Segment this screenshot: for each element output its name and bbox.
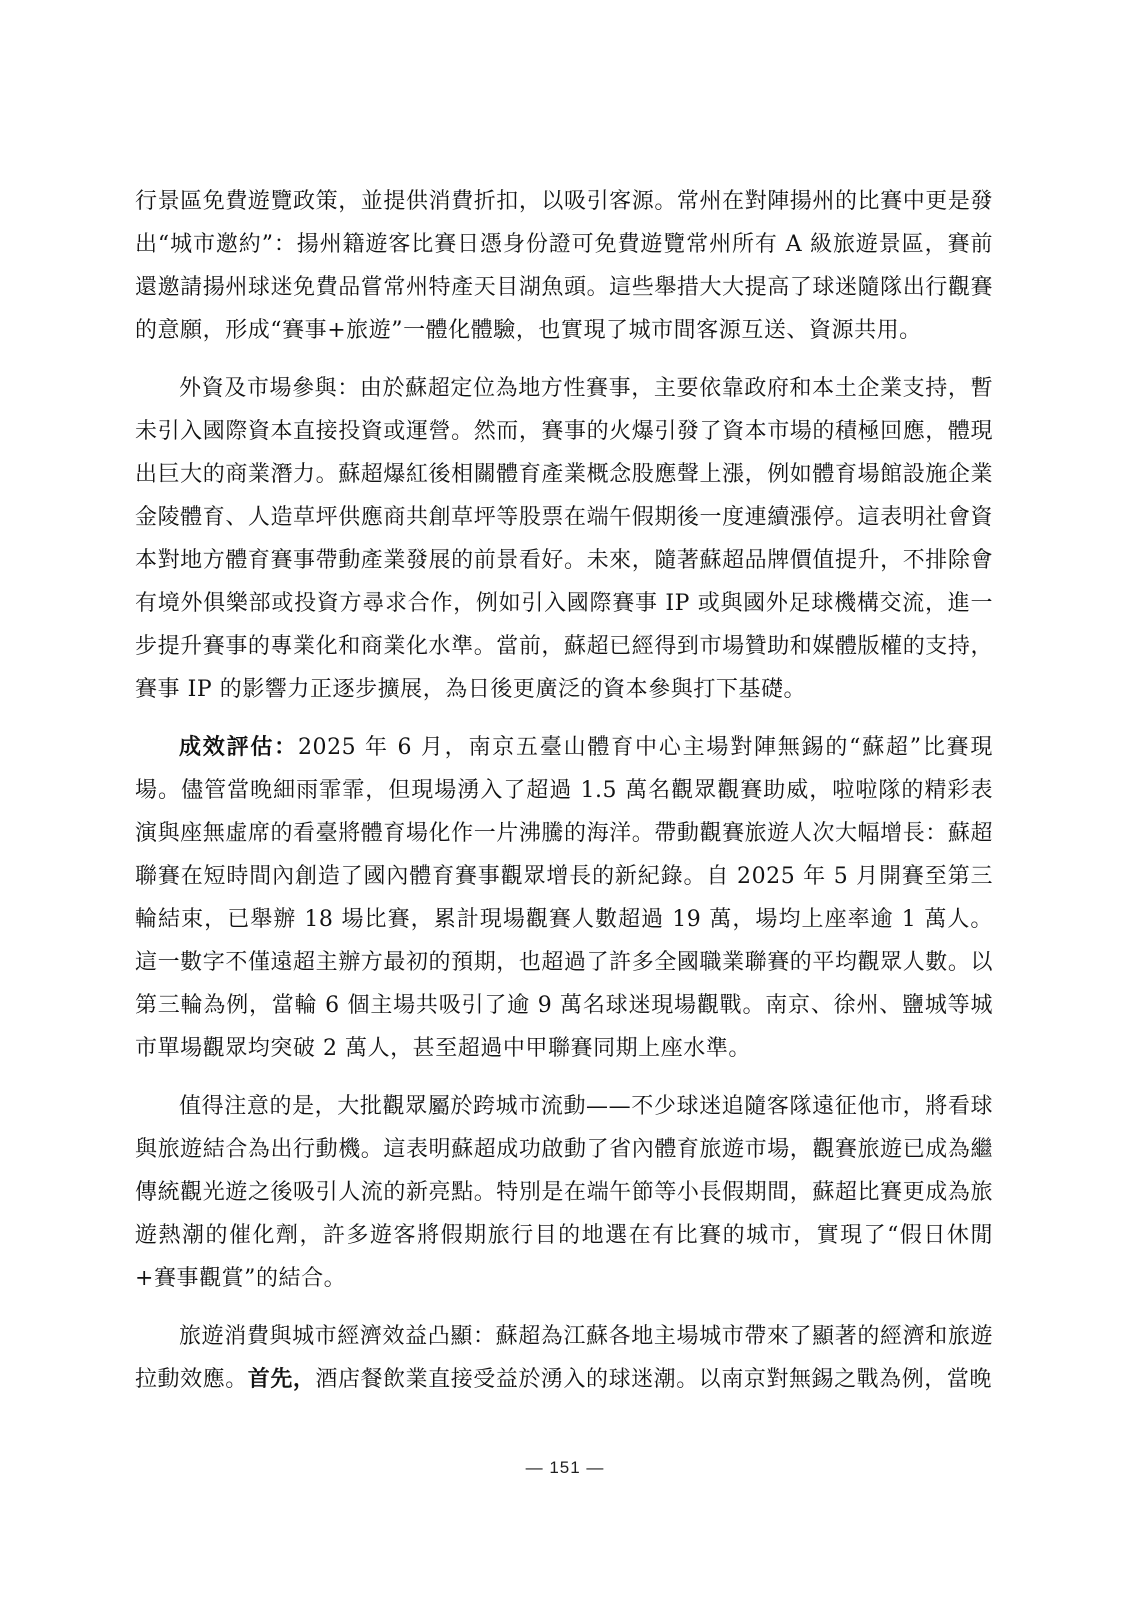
paragraph-effect-evaluation: 成效評估：2025 年 6 月，南京五臺山體育中心主場對陣無錫的“蘇超”比賽現場… [135,726,993,1070]
emphasis-first-label: 首先， [248,1366,316,1392]
paragraph-continuation-text: 行景區免費遊覽政策，並提供消費折扣，以吸引客源。常州在對陣揚州的比賽中更是發出“… [135,189,993,343]
page-number: — 151 — [526,1458,605,1477]
paragraph-cross-city-flow: 值得注意的是，大批觀眾屬於跨城市流動——不少球迷追隨客隊遠征他市，將看球與旅遊結… [135,1085,993,1300]
page-footer: — 151 — [0,1458,1130,1478]
paragraph-tourism-economy: 旅遊消費與城市經濟效益凸顯：蘇超為江蘇各地主場城市帶來了顯著的經濟和旅遊拉動效應… [135,1315,993,1401]
paragraph-foreign-investment-text: 外資及市場參與：由於蘇超定位為地方性賽事，主要依靠政府和本土企業支持，暫未引入國… [135,376,993,702]
paragraph-tourism-economy-text-after: 酒店餐飲業直接受益於湧入的球迷潮。以南京對無錫之戰為例，當晚 [315,1367,992,1392]
paragraph-cross-city-flow-text: 值得注意的是，大批觀眾屬於跨城市流動——不少球迷追隨客隊遠征他市，將看球與旅遊結… [135,1094,993,1291]
page-body: 行景區免費遊覽政策，並提供消費折扣，以吸引客源。常州在對陣揚州的比賽中更是發出“… [135,180,993,1416]
paragraph-foreign-investment: 外資及市場參與：由於蘇超定位為地方性賽事，主要依靠政府和本土企業支持，暫未引入國… [135,367,993,711]
section-label-effect-evaluation: 成效評估： [179,734,298,760]
paragraph-effect-evaluation-text: 2025 年 6 月，南京五臺山體育中心主場對陣無錫的“蘇超”比賽現場。儘管當晚… [135,735,993,1061]
paragraph-continuation: 行景區免費遊覽政策，並提供消費折扣，以吸引客源。常州在對陣揚州的比賽中更是發出“… [135,180,993,352]
document-page: 行景區免費遊覽政策，並提供消費折扣，以吸引客源。常州在對陣揚州的比賽中更是發出“… [0,0,1130,1600]
